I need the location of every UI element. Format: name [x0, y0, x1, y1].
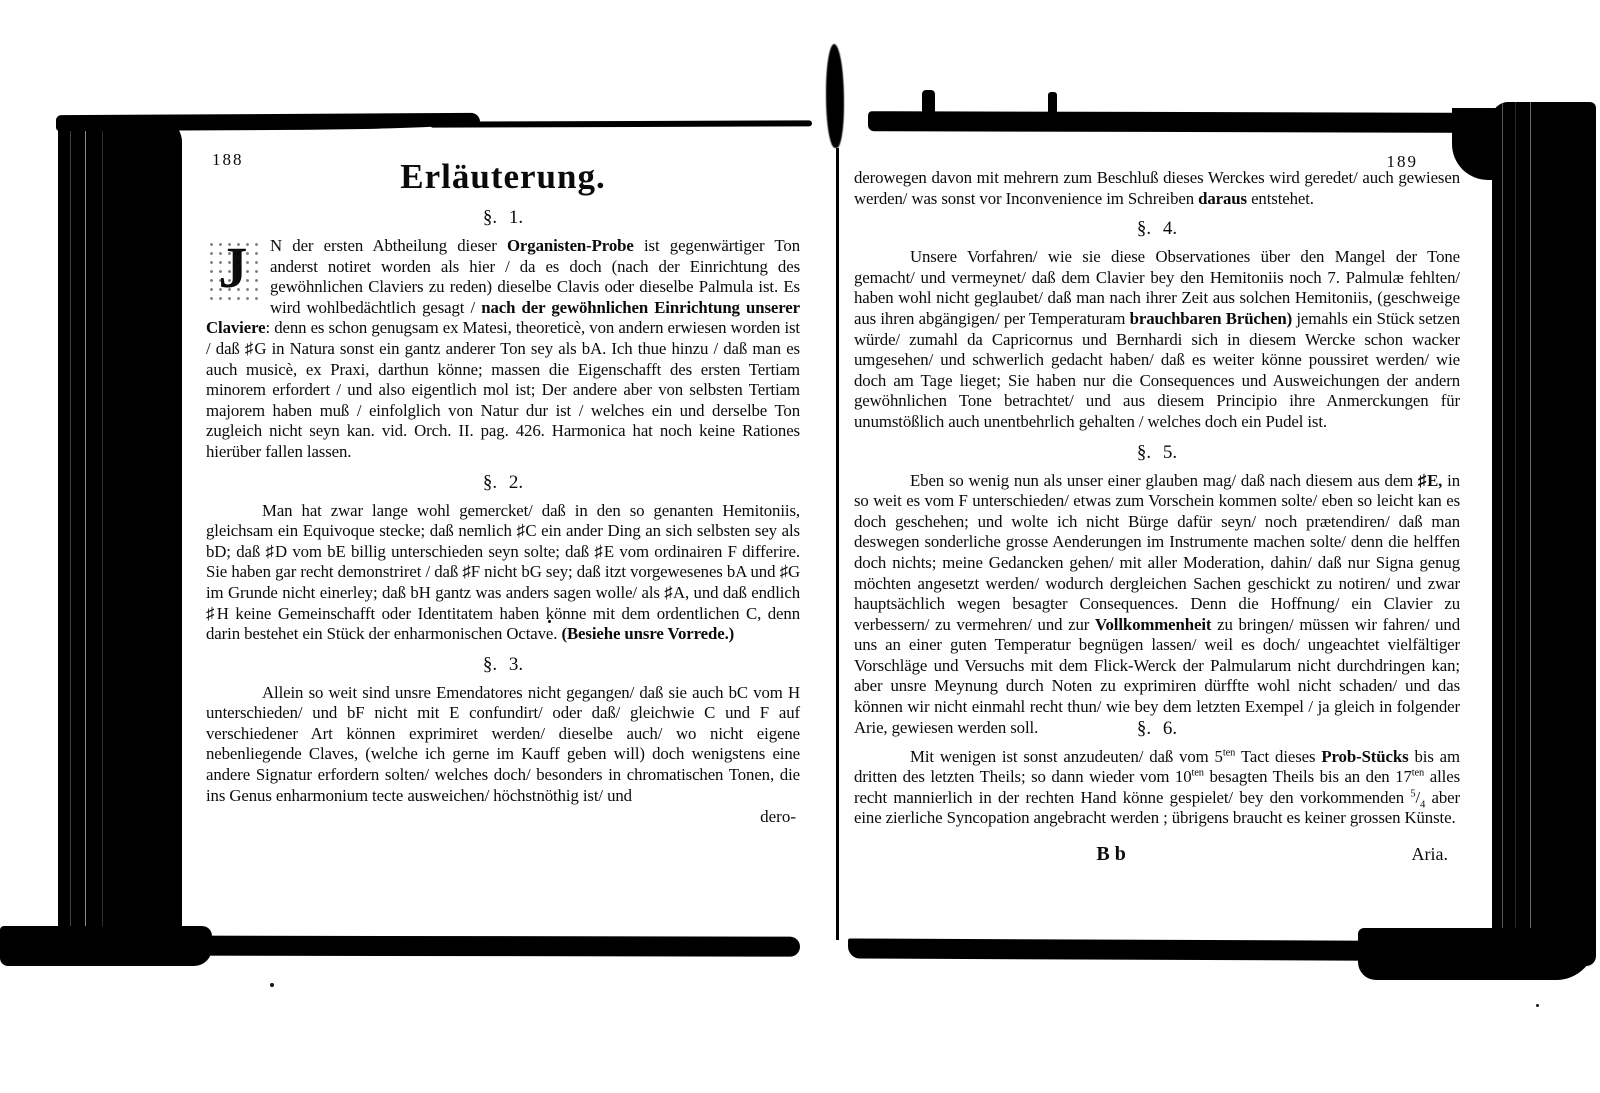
gutter-ink-blotch — [826, 44, 844, 148]
page-top-rule-left-2 — [430, 120, 812, 127]
text-segment: Organisten-Probe — [507, 236, 634, 255]
ink-speck — [1536, 1004, 1539, 1007]
text-segment: besagten Theils bis an den 17 — [1204, 767, 1412, 786]
paragraph: Mit wenigen ist sonst anzudeuten/ daß vo… — [854, 747, 1460, 829]
section-label: §. 2. — [206, 472, 800, 494]
page-left: 188 Erläuterung.§. 1.JN der ersten Abthe… — [186, 130, 800, 827]
book-edge-left — [58, 118, 182, 962]
text-segment: : denn es schon genugsam ex Matesi, theo… — [206, 318, 800, 461]
bookmark-spike-2 — [1048, 92, 1057, 116]
signature-row: BbAria. — [854, 843, 1460, 866]
section-label: §. 5. — [854, 442, 1460, 464]
text-segment: brauchbaren Brüchen) — [1130, 309, 1292, 328]
page-right-content: derowegen davon mit mehrern zum Beschluß… — [854, 168, 1460, 866]
book-scan: 188 Erläuterung.§. 1.JN der ersten Abthe… — [0, 0, 1600, 1093]
page-right: 189 derowegen davon mit mehrern zum Besc… — [852, 140, 1464, 866]
text-segment: Eben so wenig nun als unser einer glaube… — [910, 471, 1418, 490]
text-segment: ten — [1223, 747, 1235, 758]
text-segment: ♯E, — [1418, 471, 1442, 490]
section-label: §. 1. — [206, 207, 800, 229]
text-segment: N der ersten Abtheilung dieser — [270, 236, 507, 255]
text-segment: Prob-Stücks — [1321, 747, 1408, 766]
page-top-rule-right — [868, 111, 1496, 133]
text-segment: Tact dieses — [1235, 747, 1321, 766]
paragraph: Unsere Vorfahren/ wie sie diese Observat… — [854, 247, 1460, 432]
paragraph: Eben so wenig nun als unser einer glaube… — [854, 471, 1460, 739]
page-title: Erläuterung. — [206, 156, 800, 198]
text-segment: daraus — [1198, 189, 1247, 208]
drop-cap-initial: J — [206, 239, 260, 301]
book-edge-right — [1492, 102, 1596, 966]
section-label: §. 3. — [206, 654, 800, 676]
catchword: Aria. — [1412, 844, 1448, 865]
page-left-content: Erläuterung.§. 1.JN der ersten Abtheilun… — [206, 156, 800, 827]
page-top-rule-left — [56, 113, 480, 131]
gutter-crease-line — [836, 148, 839, 940]
text-segment: Mit wenigen ist sonst anzudeuten/ daß vo… — [910, 747, 1223, 766]
text-segment: (Besiehe unsre Vorrede.) — [561, 624, 734, 643]
text-segment: derowegen davon mit mehrern zum Beschluß… — [854, 168, 1460, 208]
paragraph: JN der ersten Abtheilung dieser Organist… — [206, 236, 800, 463]
text-segment: in so weit es vom F unterschieden/ etwas… — [854, 471, 1460, 634]
paragraph: Allein so weit sind unsre Emendatores ni… — [206, 683, 800, 807]
catchword: dero- — [206, 807, 796, 827]
text-segment: ten — [1412, 768, 1424, 779]
text-segment: Man hat zwar lange wohl gemercket/ daß i… — [206, 501, 800, 644]
section-label: §. 4. — [854, 218, 1460, 240]
bottom-left-corner-blob — [0, 926, 212, 966]
signature-mark: Bb — [1096, 843, 1130, 866]
bottom-right-corner-blob — [1358, 928, 1596, 980]
text-segment: Allein so weit sind unsre Emendatores ni… — [206, 683, 800, 805]
text-segment: Vollkommenheit — [1095, 615, 1211, 634]
bookmark-spike-1 — [922, 90, 935, 116]
text-segment: entstehet. — [1247, 189, 1314, 208]
text-segment: ten — [1192, 768, 1204, 779]
paragraph: derowegen davon mit mehrern zum Beschluß… — [854, 168, 1460, 209]
paragraph: Man hat zwar lange wohl gemercket/ daß i… — [206, 501, 800, 645]
ink-speck — [270, 983, 274, 987]
